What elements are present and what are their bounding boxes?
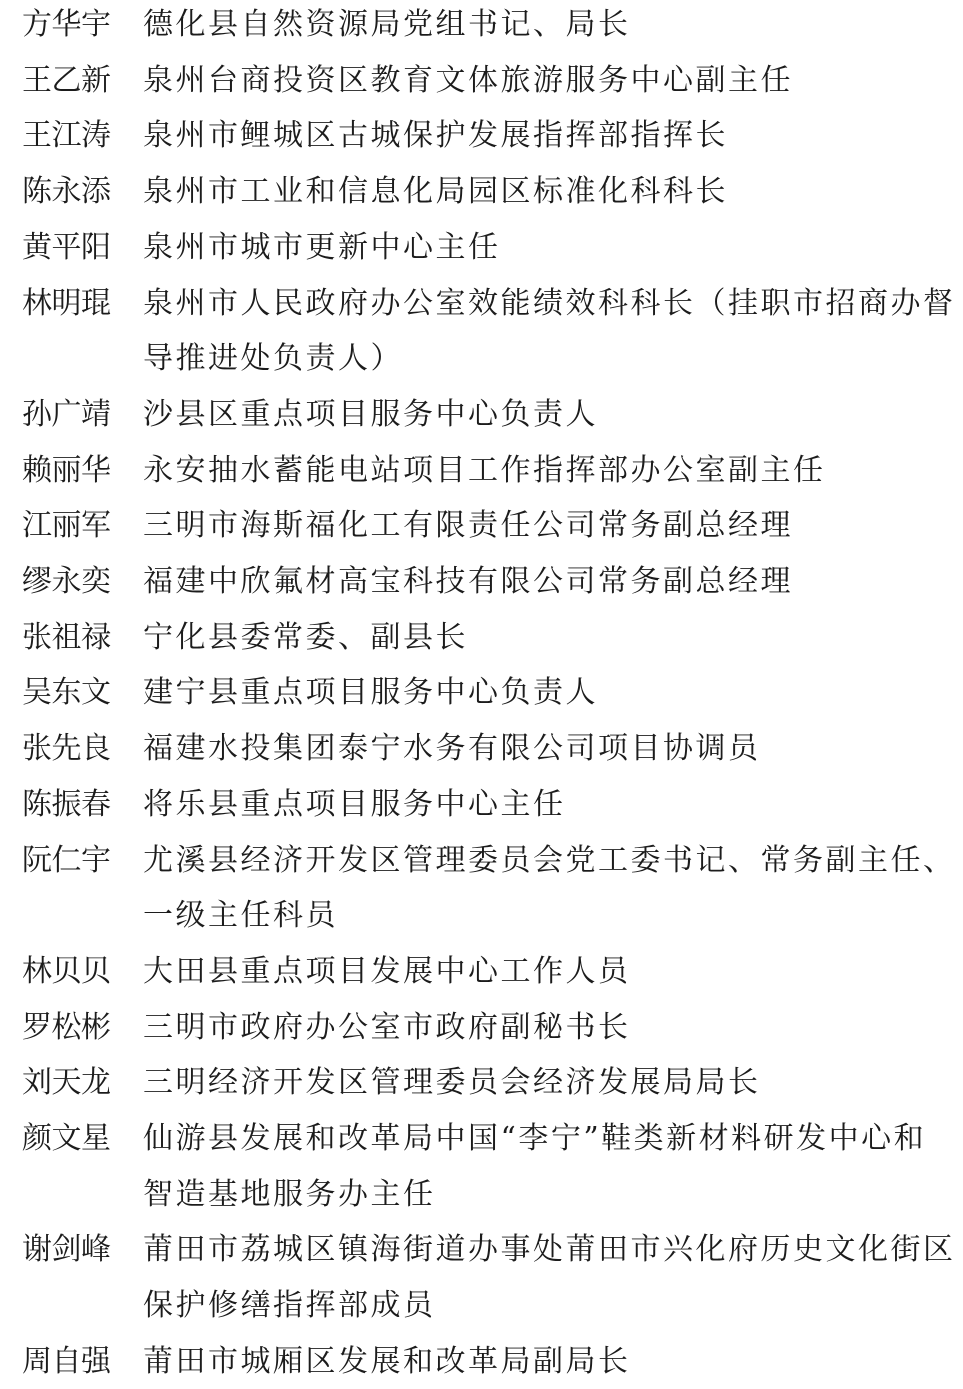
person-title: 永安抽水蓄能电站项目工作指挥部办公室副主任 <box>143 443 958 499</box>
list-item: 林贝贝 大田县重点项目发展中心工作人员 <box>0 944 963 1000</box>
person-title: 泉州市人民政府办公室效能绩效科科长（挂职市招商办督导推进处负责人） <box>143 276 958 387</box>
list-item: 陈振春 将乐县重点项目服务中心主任 <box>0 777 963 833</box>
list-item: 周自强 莆田市城厢区发展和改革局副局长 <box>0 1334 963 1389</box>
person-name: 颜文星 <box>0 1111 143 1167</box>
person-name: 张先良 <box>0 721 143 777</box>
list-item: 罗松彬 三明市政府办公室市政府副秘书长 <box>0 1000 963 1056</box>
person-title: 尤溪县经济开发区管理委员会党工委书记、常务副主任、一级主任科员 <box>143 833 958 944</box>
person-name: 王江涛 <box>0 108 143 164</box>
person-name: 陈永添 <box>0 164 143 220</box>
list-item: 方华宇 德化县自然资源局党组书记、局长 <box>0 0 963 53</box>
list-item: 张祖禄 宁化县委常委、副县长 <box>0 610 963 666</box>
person-title: 宁化县委常委、副县长 <box>143 610 958 666</box>
person-name: 刘天龙 <box>0 1055 143 1111</box>
person-title: 将乐县重点项目服务中心主任 <box>143 777 958 833</box>
list-item: 谢剑峰 莆田市荔城区镇海街道办事处莆田市兴化府历史文化街区保护修缮指挥部成员 <box>0 1222 963 1333</box>
person-title: 沙县区重点项目服务中心负责人 <box>143 387 958 443</box>
person-name: 林明琨 <box>0 276 143 332</box>
person-title: 三明市政府办公室市政府副秘书长 <box>143 1000 958 1056</box>
person-title: 泉州市鲤城区古城保护发展指挥部指挥长 <box>143 108 958 164</box>
list-item: 王江涛 泉州市鲤城区古城保护发展指挥部指挥长 <box>0 108 963 164</box>
person-name: 方华宇 <box>0 0 143 53</box>
list-item: 黄平阳 泉州市城市更新中心主任 <box>0 220 963 276</box>
list-item: 赖丽华 永安抽水蓄能电站项目工作指挥部办公室副主任 <box>0 443 963 499</box>
person-name: 罗松彬 <box>0 1000 143 1056</box>
person-name: 周自强 <box>0 1334 143 1389</box>
list-item: 林明琨 泉州市人民政府办公室效能绩效科科长（挂职市招商办督导推进处负责人） <box>0 276 963 387</box>
person-name: 陈振春 <box>0 777 143 833</box>
person-title: 福建水投集团泰宁水务有限公司项目协调员 <box>143 721 958 777</box>
list-item: 王乙新 泉州台商投资区教育文体旅游服务中心副主任 <box>0 53 963 109</box>
person-title: 建宁县重点项目服务中心负责人 <box>143 665 958 721</box>
person-name: 黄平阳 <box>0 220 143 276</box>
list-item: 颜文星 仙游县发展和改革局中国“李宁”鞋类新材料研发中心和智造基地服务办主任 <box>0 1111 963 1222</box>
person-name: 江丽军 <box>0 498 143 554</box>
person-name: 林贝贝 <box>0 944 143 1000</box>
list-item: 孙广靖 沙县区重点项目服务中心负责人 <box>0 387 963 443</box>
list-item: 江丽军 三明市海斯福化工有限责任公司常务副总经理 <box>0 498 963 554</box>
person-name: 张祖禄 <box>0 610 143 666</box>
person-title: 莆田市荔城区镇海街道办事处莆田市兴化府历史文化街区保护修缮指挥部成员 <box>143 1222 958 1333</box>
list-item: 刘天龙 三明经济开发区管理委员会经济发展局局长 <box>0 1055 963 1111</box>
person-title: 德化县自然资源局党组书记、局长 <box>143 0 958 53</box>
person-title: 泉州市城市更新中心主任 <box>143 220 958 276</box>
person-title: 三明市海斯福化工有限责任公司常务副总经理 <box>143 498 958 554</box>
person-title: 泉州市工业和信息化局园区标准化科科长 <box>143 164 958 220</box>
person-name: 谢剑峰 <box>0 1222 143 1278</box>
personnel-list: 方华宇 德化县自然资源局党组书记、局长 王乙新 泉州台商投资区教育文体旅游服务中… <box>0 0 963 1389</box>
list-item: 吴东文 建宁县重点项目服务中心负责人 <box>0 665 963 721</box>
person-name: 孙广靖 <box>0 387 143 443</box>
person-name: 缪永奕 <box>0 554 143 610</box>
list-item: 陈永添 泉州市工业和信息化局园区标准化科科长 <box>0 164 963 220</box>
person-name: 吴东文 <box>0 665 143 721</box>
person-title: 莆田市城厢区发展和改革局副局长 <box>143 1334 958 1389</box>
person-title: 三明经济开发区管理委员会经济发展局局长 <box>143 1055 958 1111</box>
person-title: 福建中欣氟材高宝科技有限公司常务副总经理 <box>143 554 958 610</box>
person-name: 阮仁宇 <box>0 833 143 889</box>
list-item: 阮仁宇 尤溪县经济开发区管理委员会党工委书记、常务副主任、一级主任科员 <box>0 833 963 944</box>
person-title: 泉州台商投资区教育文体旅游服务中心副主任 <box>143 53 958 109</box>
list-item: 缪永奕 福建中欣氟材高宝科技有限公司常务副总经理 <box>0 554 963 610</box>
list-item: 张先良 福建水投集团泰宁水务有限公司项目协调员 <box>0 721 963 777</box>
person-name: 赖丽华 <box>0 443 143 499</box>
person-title: 大田县重点项目发展中心工作人员 <box>143 944 958 1000</box>
person-name: 王乙新 <box>0 53 143 109</box>
person-title: 仙游县发展和改革局中国“李宁”鞋类新材料研发中心和智造基地服务办主任 <box>143 1111 958 1222</box>
